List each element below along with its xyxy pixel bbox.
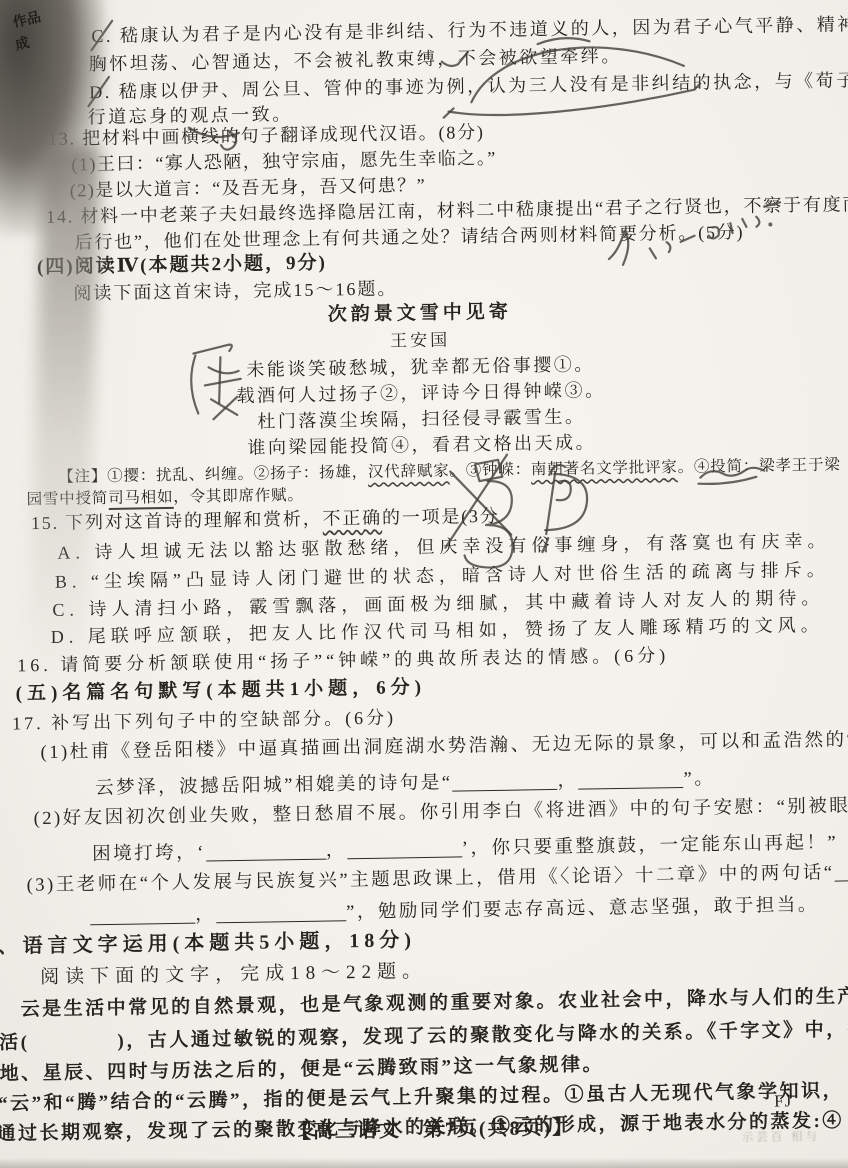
q17-part2-line1: (2)好友因初次创业失败，整日愁眉不展。你引用李白《将进酒》中的句子安慰：“别被…	[33, 795, 848, 832]
q17-1b-post: ”。	[683, 769, 715, 789]
page-content: C. 嵇康认为君子是内心没有是非纠结、行为不违道义的人，因为君子心气平静、精神虚…	[0, 0, 848, 1168]
q16-stem: 16. 请简要分析颔联使用“扬子”“钟嵘”的典故所表达的情感。(6分)	[17, 644, 669, 677]
passage-line1: 云是生活中常见的自然景观，也是气象观测的重要对象。农业社会中，降水与人们的生产	[20, 985, 848, 1022]
note-pre: 【注】①撄：扰乱、纠缠。②扬子：扬雄，	[58, 464, 368, 486]
passage-l2-pre: 活(	[0, 1032, 30, 1053]
note-post: 。④投简：梁孝王于梁	[678, 456, 841, 476]
q17-part1-line2: 云梦泽，波撼岳阳城”相媲美的诗句是“，”。	[95, 767, 715, 800]
option-c-line1: C. 嵇康认为君子是内心没有是非纠结、行为不违道义的人，因为君子心气平静、精神虚…	[91, 12, 848, 48]
note-wavy-1: 汉代辞赋家	[368, 463, 450, 481]
page-code: FJ	[774, 1090, 792, 1112]
option-d-line1-post: ，与《荀子》中君子	[754, 69, 848, 92]
option-d-line2-pre: 行道忘身的观点	[87, 105, 231, 127]
option-d-line2-post: 。	[272, 104, 293, 124]
watermark: 示芸百 相与	[742, 1130, 821, 1146]
page-footer: 【高三语文 第7页(共8页)】	[8, 1111, 848, 1149]
q17-3b-comma: ，	[195, 905, 216, 925]
q17-blank-4	[347, 837, 462, 858]
exam-paper-page: C. 嵇康认为君子是内心没有是非纠结、行为不违道义的人，因为君子心气平静、精神虚…	[0, 0, 848, 1168]
q17-2b-post: ’，你只要重整旗鼓，一定能东山再起！”	[462, 833, 839, 859]
q17-1b-pre: 云梦泽，波撼岳阳城”相媲美的诗句是“	[95, 773, 453, 799]
scan-bottom-edge	[0, 1158, 848, 1168]
q15-stem-marked: 不正确	[322, 508, 382, 529]
section6-intro: 阅读下面的文字，完成18～22题。	[40, 960, 427, 990]
passage-line3: 地、星辰、四时与历法之后的，便是“云腾致雨”这一气象规律。	[0, 1053, 604, 1086]
q17-3b-post: ”，勉励同学们要志存高远、意志坚强，敢于担当。	[346, 895, 819, 922]
q17-blank-1	[452, 770, 557, 791]
section6-title: 、语言文字运用(本题共5小题，18分)	[0, 928, 416, 960]
q13-sentence2: (2)是以大道言：“及吾无身，吾又何患？”	[70, 174, 427, 202]
q17-part2-line2: 困境打垮，‘，’，你只要重整旗鼓，一定能东山再起！”	[92, 832, 838, 867]
q17-blank-5	[834, 861, 848, 881]
passage-l2-post: )，古人通过敏锐的观察，发现了云的聚散变化与降水的关系。《千字文》中，接续	[117, 1019, 848, 1052]
q17-blank-2	[578, 768, 683, 789]
section4-intro: 阅读下面这首宋诗，完成15～16题。	[73, 277, 397, 305]
option-c-line2: 胸怀坦荡、心智通达，不会被礼教束缚，不会被欲望牵绊。	[89, 45, 622, 76]
passage-bracket-blank	[30, 1047, 118, 1048]
q17-1b-comma: ，	[557, 771, 578, 791]
option-d-line1-marked: 是非纠结的执念	[611, 72, 755, 94]
note2-underlined: 司马相如	[108, 489, 174, 510]
q17-2b-comma: ，	[326, 841, 347, 861]
q13-sentence1: (1)王曰：“寡人恐陋，独守宗庙，愿先生幸临之。”	[71, 147, 497, 176]
q17-3a-text: (3)王老师在“个人发展与民族复兴”主题思政课上，借用《〈论语〉十二章》中的两句…	[27, 863, 835, 896]
q17-stem: 17. 补写出下列句子中的空缺部分。(6分)	[12, 706, 396, 735]
q15-stem: 15. 下列对这首诗的理解和赏析，不正确的一项是(3分	[31, 505, 500, 535]
note2-post: ，令其即席作赋。	[173, 487, 304, 506]
q15-stem-post: 的一项是(3分	[382, 506, 500, 528]
q17-part1-line1: (1)杜甫《登岳阳楼》中逼真描画出洞庭湖水势浩瀚、无边无际的景象，可以和孟浩然的…	[40, 729, 848, 766]
q17-blank-6	[90, 904, 195, 925]
note-mid: 。③钟嵘：	[449, 461, 531, 479]
option-d-line1-pre: D. 嵇康以伊尹、周公旦、管仲的事迹为例，认为三人没有	[89, 74, 611, 102]
passage-line2: 活()，古人通过敏锐的观察，发现了云的聚散变化与降水的关系。《千字文》中，接续	[0, 1018, 848, 1056]
handwritten-signature-by-poem	[191, 344, 242, 419]
note-wavy-2: 南朝著名文学批评家	[531, 459, 678, 478]
q17-blank-7	[216, 901, 346, 923]
q15-option-a: A. 诗人坦诚无法以豁达驱散愁绪，但庆幸没有俗事缠身，有落寞也有庆幸。	[57, 530, 830, 565]
q17-part3-line2: ，”，勉励同学们要志存高远、意志坚强，敢于担当。	[90, 894, 819, 929]
q17-blank-3	[206, 840, 326, 861]
option-d-line2-marked: 一致	[231, 104, 272, 125]
q17-part3-line1: (3)王老师在“个人发展与民族复兴”主题思政课上，借用《〈论语〉十二章》中的两句…	[27, 861, 848, 898]
q17-2b-pre: 困境打垮，‘	[92, 843, 206, 865]
